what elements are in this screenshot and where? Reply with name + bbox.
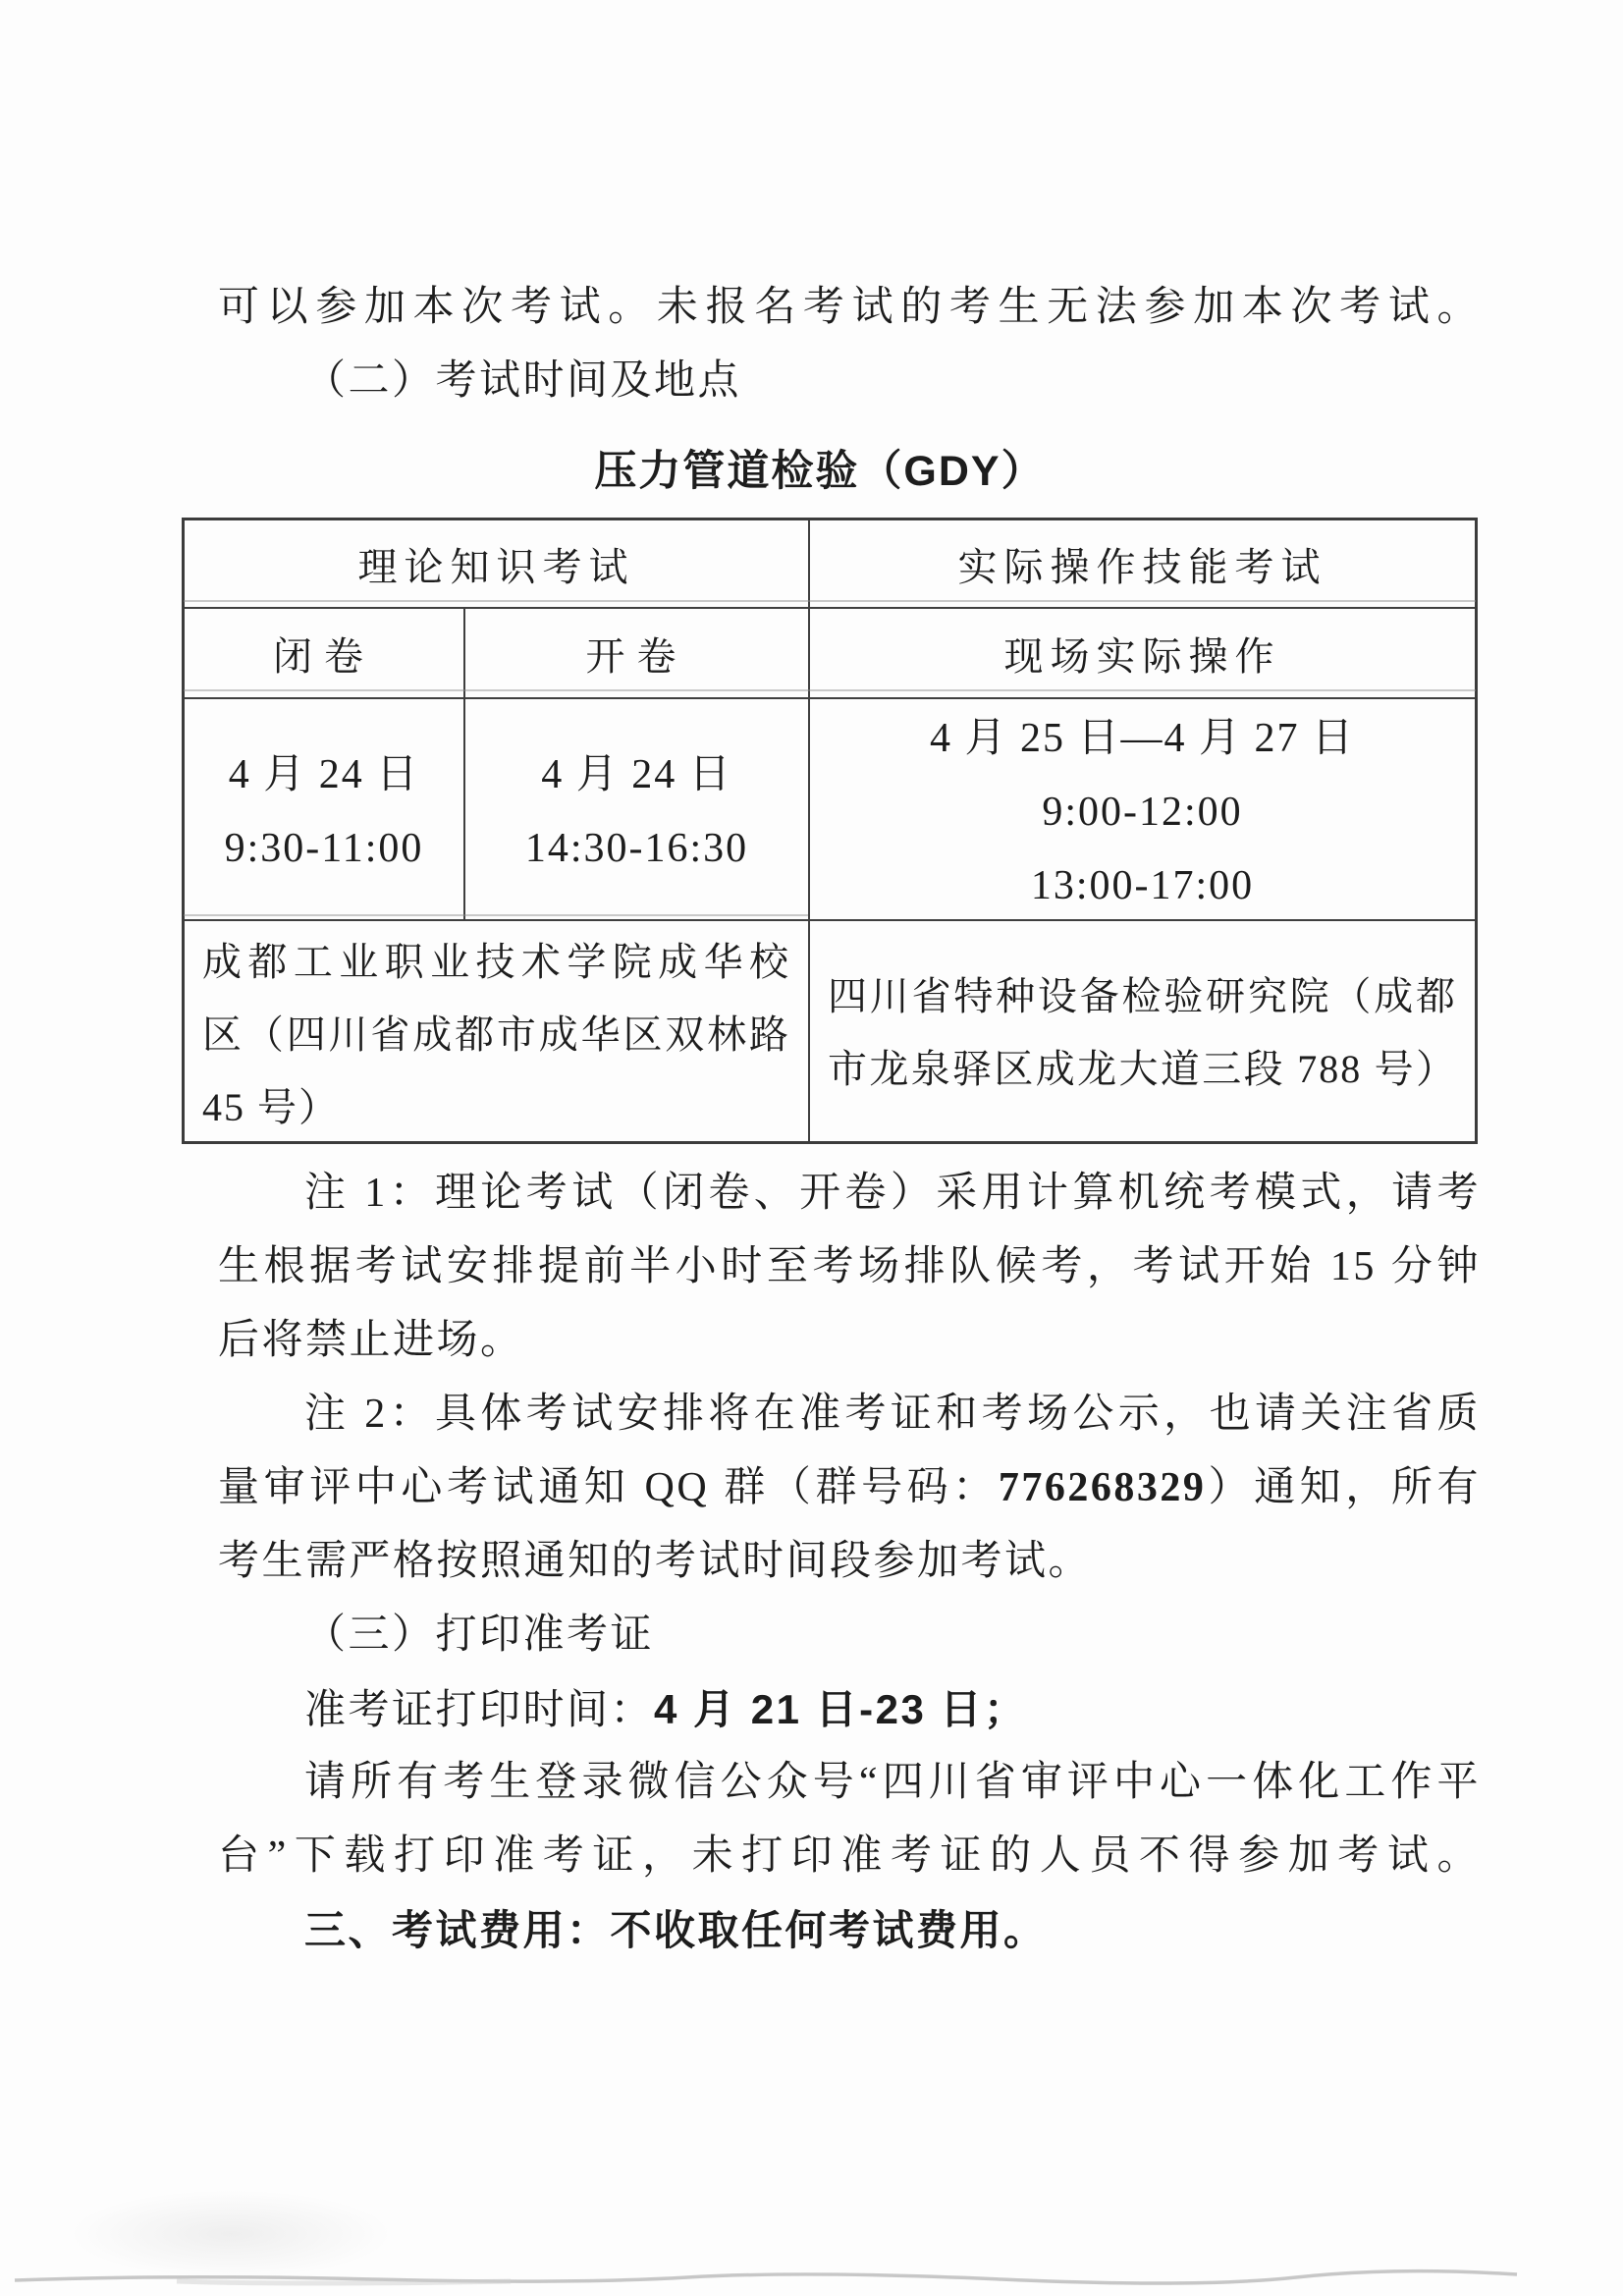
theory-location-cell: 成都工业职业技术学院成华校 区（四川省成都市成华区双林路 45 号）: [185, 919, 808, 1141]
open-book-schedule-cell: 4 月 24 日 14:30-16:30: [463, 697, 808, 919]
login-instruction-line-1: 请所有考生登录微信公众号“四川省审评中心一体化工作平: [218, 1746, 1481, 1820]
theory-location-line-3: 45 号）: [202, 1071, 790, 1144]
note-2-line-2: 量审评中心考试通知 QQ 群（群号码：776268329）通知，所有: [218, 1451, 1481, 1525]
open-book-date: 4 月 24 日: [541, 738, 732, 812]
table-title: 压力管道检验（GDY）: [196, 430, 1443, 513]
print-time-line: 准考证打印时间：4 月 21 日-23 日；: [218, 1672, 1481, 1746]
closed-book-schedule-cell: 4 月 24 日 9:30-11:00: [185, 697, 463, 919]
qq-group-number: 776268329: [999, 1465, 1207, 1510]
scan-artifact-line: [184, 689, 1476, 691]
theory-location-line-2: 区（四川省成都市成华区双林路: [202, 999, 790, 1071]
note-2-line-2-prefix: 量审评中心考试通知 QQ 群（群号码：: [218, 1465, 999, 1510]
open-book-label-cell: 开卷: [463, 607, 808, 697]
onsite-label-cell: 现场实际操作: [808, 607, 1475, 697]
note-1-line-1: 注 1：理论考试（闭卷、开卷）采用计算机统考模式，请考: [218, 1157, 1481, 1230]
practical-location-cell: 四川省特种设备检验研究院（成都 市龙泉驿区成龙大道三段 788 号）: [808, 919, 1475, 1141]
note-2-line-2-suffix: ）通知，所有: [1206, 1465, 1481, 1510]
intro-line: 可以参加本次考试。未报名考试的考生无法参加本次考试。: [218, 271, 1481, 345]
print-time-value: 4 月 21 日-23 日；: [654, 1686, 1027, 1732]
section-3-heading: （三）打印准考证: [218, 1599, 1481, 1672]
onsite-morning-time: 9:00-12:00: [1042, 776, 1242, 849]
note-2-line-3: 考生需严格按照通知的考试时间段参加考试。: [218, 1525, 1481, 1599]
theory-location-line-1: 成都工业职业技术学院成华校: [202, 926, 790, 999]
practical-location-line-1: 四川省特种设备检验研究院（成都: [828, 960, 1457, 1033]
notes-section: 注 1：理论考试（闭卷、开卷）采用计算机统考模式，请考 生根据考试安排提前半小时…: [218, 1157, 1481, 1967]
note-1-line-2: 生根据考试安排提前半小时至考场排队候考，考试开始 15 分钟: [218, 1230, 1481, 1304]
login-instruction-line-2: 台”下载打印准考证，未打印准考证的人员不得参加考试。: [218, 1820, 1481, 1893]
closed-book-label-cell: 闭卷: [185, 607, 463, 697]
scan-artifact-line: [184, 914, 808, 916]
print-time-label: 准考证打印时间：: [304, 1688, 654, 1733]
onsite-label: 现场实际操作: [1004, 626, 1281, 682]
scan-edge-wavy-line: [0, 2259, 1623, 2294]
onsite-date-range: 4 月 25 日—4 月 27 日: [930, 702, 1355, 776]
theory-header-label: 理论知识考试: [358, 536, 635, 592]
practical-header-cell: 实际操作技能考试: [808, 520, 1475, 607]
note-2-line-1: 注 2：具体考试安排将在准考证和考场公示，也请关注省质: [218, 1378, 1481, 1451]
closed-book-time: 9:30-11:00: [225, 812, 424, 886]
onsite-schedule-cell: 4 月 25 日—4 月 27 日 9:00-12:00 13:00-17:00: [808, 697, 1475, 919]
open-book-time: 14:30-16:30: [525, 812, 748, 886]
onsite-afternoon-time: 13:00-17:00: [1031, 849, 1254, 923]
practical-header-label: 实际操作技能考试: [958, 536, 1327, 592]
note-1-line-3: 后将禁止进场。: [218, 1304, 1481, 1378]
scan-artifact-line: [184, 600, 1476, 602]
open-book-label: 开卷: [586, 626, 688, 682]
closed-book-label: 闭卷: [273, 626, 375, 682]
scanned-document-page: 可以参加本次考试。未报名考试的考生无法参加本次考试。 （二）考试时间及地点 压力…: [0, 0, 1623, 2296]
exam-schedule-table: 理论知识考试 实际操作技能考试 闭卷 开卷 现场实际操作 4 月 24 日 9:…: [182, 518, 1478, 1144]
section-4-fee-line: 三、考试费用：不收取任何考试费用。: [218, 1893, 1481, 1967]
section-2-heading: （二）考试时间及地点: [218, 345, 1481, 418]
closed-book-date: 4 月 24 日: [229, 738, 420, 812]
theory-header-cell: 理论知识考试: [185, 520, 808, 607]
practical-location-line-2: 市龙泉驿区成龙大道三段 788 号）: [828, 1033, 1457, 1106]
